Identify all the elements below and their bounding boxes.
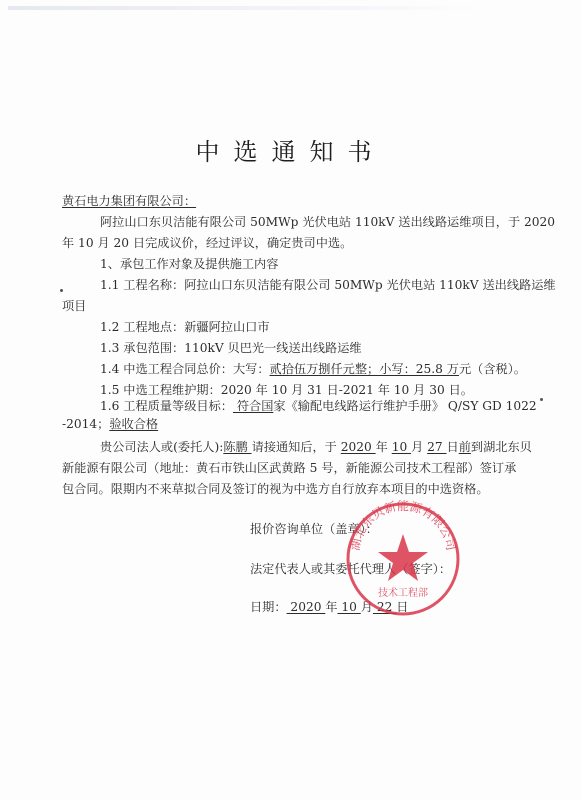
deadline-day: 27 — [427, 440, 446, 454]
intro-line-2: 年 10 月 20 日完成议价，经过评议，确定贵司中选。 — [62, 234, 352, 251]
stamp-department: 技术工程部 — [378, 586, 428, 599]
deadline-year: 2020 — [341, 440, 376, 454]
item-1-6-standard-year: -2014； — [62, 417, 109, 431]
item-1-4: 1.4 中选工程合同总价：大写：贰拾伍万捌仟元整；小写：25.8 万元（含税）。 — [100, 360, 526, 377]
notice-line-3: 包合同。限期内不来草拟合同及签订的视为中选方自行放弃本项目的中选资格。 — [62, 480, 489, 497]
notice-prefix: 贵公司法人或(委托人): — [100, 440, 223, 454]
scan-edge — [8, 6, 478, 10]
item-1-1-line-2: 项目 — [62, 297, 86, 314]
delegate-name: 陈鹏 — [223, 440, 251, 454]
date-unit: 年 — [325, 600, 337, 614]
item-1-6-line-2: -2014；验收合格 — [62, 415, 158, 432]
intro-line-1: 阿拉山口东贝洁能有限公司 50MWp 光伏电站 110kV 送出线路运维项目，于… — [100, 213, 555, 230]
acceptance-status: 验收合格 — [109, 417, 158, 431]
date-year: 2020 — [287, 600, 326, 614]
notice-text: 请接通知后，于 — [252, 440, 341, 454]
item-1-4-suffix: 元（含税）。 — [459, 362, 526, 376]
item-1-3: 1.3 承包范围：110kV 贝巴光一线送出线路运维 — [100, 339, 362, 356]
item-1-1-line-1: 1.1 工程名称：阿拉山口东贝洁能有限公司 50MWp 光伏电站 110kV 送… — [100, 276, 556, 293]
document-page: 中选通知书 黄石电力集团有限公司： 阿拉山口东贝洁能有限公司 50MWp 光伏电… — [0, 0, 581, 800]
item-1-6-underlined: 符合国 — [233, 399, 273, 413]
item-1-2: 1.2 工程地点：新疆阿拉山口市 — [100, 318, 270, 335]
item-1-6-rest: 家《输配电线路运行维护手册》 Q/SY GD 1022 — [273, 399, 536, 413]
recipient: 黄石电力集团有限公司： — [62, 192, 196, 209]
item-1-6-line-1: 1.6 工程质量等级目标： 符合国家《输配电线路运行维护手册》 Q/SY GD … — [100, 397, 537, 414]
scan-speck — [540, 398, 543, 401]
item-1-5: 1.5 中选工程维护期：2020 年 10 月 31 日-2021 年 10 月… — [100, 381, 473, 398]
notice-text: 年 — [376, 440, 392, 454]
document-title: 中选通知书 — [0, 132, 581, 167]
deadline-before: 前 — [459, 440, 471, 454]
date-label: 日期： — [250, 600, 287, 614]
notice-text: 到湖北东贝 — [471, 440, 532, 454]
contract-amount: 贰拾伍万捌仟元整；小写：25.8 万 — [270, 362, 459, 376]
notice-text: 月 — [411, 440, 427, 454]
item-1-6-prefix: 1.6 工程质量等级目标： — [100, 399, 233, 413]
scan-speck — [60, 289, 63, 292]
company-seal-stamp: 湖北东贝新能源有限公司 技术工程部 — [344, 500, 462, 618]
item-1-4-prefix: 1.4 中选工程合同总价：大写： — [100, 362, 270, 376]
notice-line-2: 新能源有限公司（地址：黄石市铁山区武黄路 5 号，新能源公司技术工程部）签订承 — [62, 459, 516, 476]
notice-text: 日 — [447, 440, 459, 454]
section-1-heading: 1、承包工作对象及提供施工内容 — [100, 255, 278, 272]
star-icon — [378, 534, 428, 581]
deadline-month: 10 — [392, 440, 411, 454]
notice-line-1: 贵公司法人或(委托人):陈鹏 请接通知后，于 2020 年 10 月 27 日前… — [100, 438, 532, 455]
